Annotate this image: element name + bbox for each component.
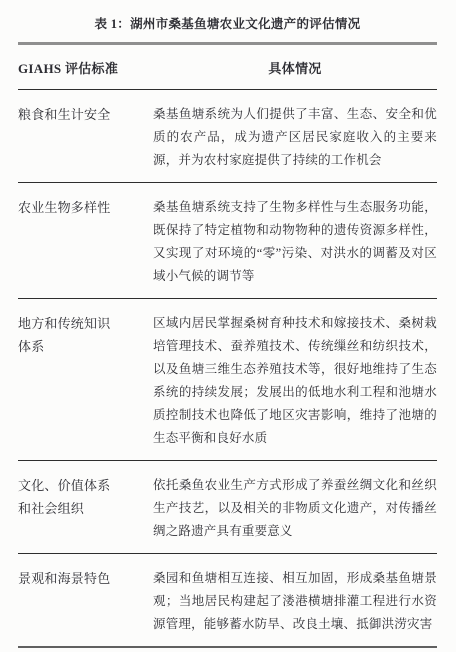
document-page: 表 1：湖州市桑基鱼塘农业文化遗产的评估情况 GIAHS 评估标准 具体情况 粮… [0, 0, 456, 648]
evaluation-table: GIAHS 评估标准 具体情况 粮食和生计安全 桑基鱼塘系统为人们提供了丰富、生… [18, 42, 437, 648]
table-row-culture-value-social-org: 文化、价值体系和社会组织 依托桑鱼农业生产方式形成了养蚕丝绸文化和丝织生产技艺，… [18, 461, 437, 554]
table-row-local-traditional-knowledge: 地方和传统知识体系 区域内居民掌握桑树育种技术和嫁接技术、桑树栽培管理技术、蚕养… [18, 299, 437, 461]
table-row-agro-biodiversity: 农业生物多样性 桑基鱼塘系统支持了生物多样性与生态服务功能，既保持了特定植物和动… [18, 183, 437, 299]
column-header-details: 具体情况 [153, 58, 437, 77]
criterion-cell: 地方和传统知识体系 [18, 312, 153, 358]
criterion-cell: 农业生物多样性 [18, 196, 153, 219]
criterion-cell: 粮食和生计安全 [18, 103, 153, 126]
table-title: 表 1：湖州市桑基鱼塘农业文化遗产的评估情况 [18, 15, 437, 33]
table-header-row: GIAHS 评估标准 具体情况 [18, 45, 437, 90]
detail-cell: 桑基鱼塘系统为人们提供了丰富、生态、安全和优质的农产品，成为遗产区居民家庭收入的… [153, 103, 437, 172]
detail-cell: 桑园和鱼塘相互连接、相互加固，形成桑基鱼塘景观；当地居民构建起了溇港横塘排灌工程… [153, 567, 437, 636]
criterion-cell: 文化、价值体系和社会组织 [18, 474, 153, 520]
table-row-food-livelihood-security: 粮食和生计安全 桑基鱼塘系统为人们提供了丰富、生态、安全和优质的农产品，成为遗产… [18, 90, 437, 183]
detail-cell: 依托桑鱼农业生产方式形成了养蚕丝绸文化和丝织生产技艺，以及相关的非物质文化遗产，… [153, 474, 437, 543]
criterion-cell: 景观和海景特色 [18, 567, 153, 590]
detail-cell: 区域内居民掌握桑树育种技术和嫁接技术、桑树栽培管理技术、蚕养殖技术、传统缫丝和纺… [153, 312, 437, 450]
column-header-giahs-criteria: GIAHS 评估标准 [18, 58, 153, 77]
table-row-landscape-features: 景观和海景特色 桑园和鱼塘相互连接、相互加固，形成桑基鱼塘景观；当地居民构建起了… [18, 554, 437, 646]
detail-cell: 桑基鱼塘系统支持了生物多样性与生态服务功能，既保持了特定植物和动物物种的遗传资源… [153, 196, 437, 288]
